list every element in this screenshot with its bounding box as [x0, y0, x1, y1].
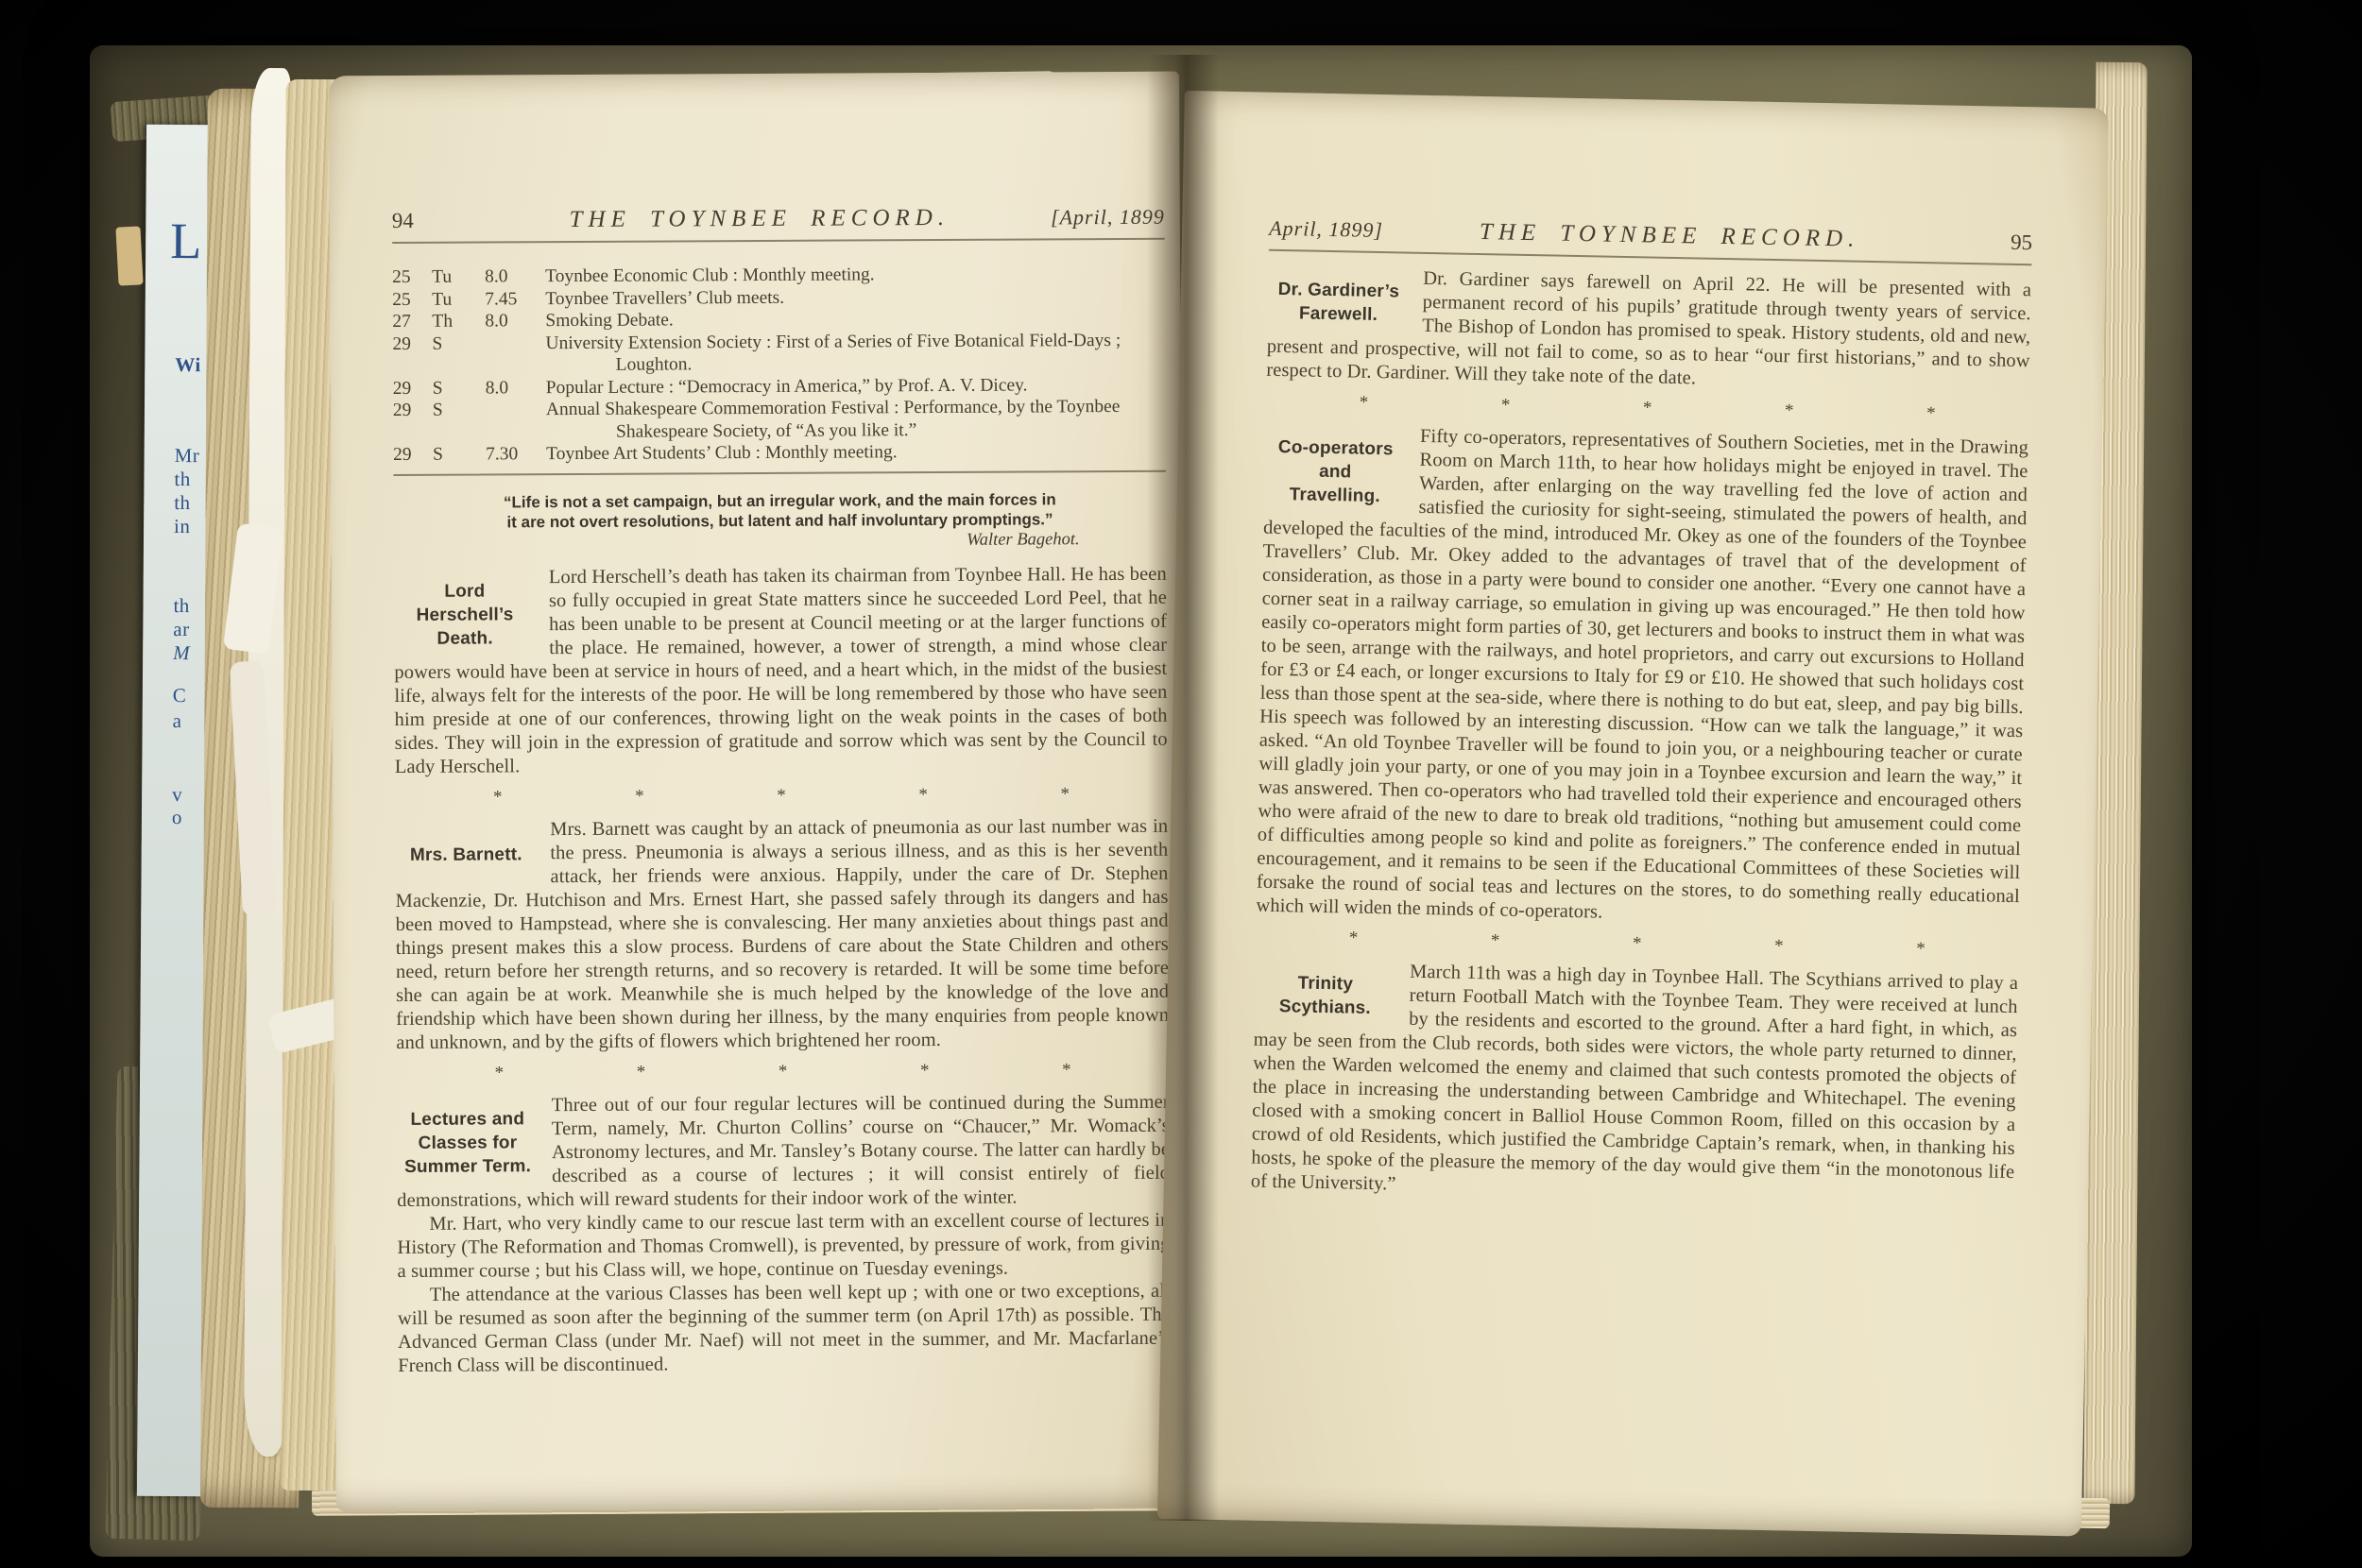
schedule-description: Popular Lecture : “Democracy in America,…	[546, 373, 1166, 399]
margin-heading-line: Dr. Gardiner’s	[1268, 278, 1410, 304]
left-page: 94 THE TOYNBEE RECORD. [April, 1899 25 T…	[329, 72, 1187, 1512]
right-page-articles: Dr. Gardiner’sFarewell.Dr. Gardiner says…	[1251, 264, 2032, 1208]
schedule-time: 8.0	[485, 310, 545, 332]
hidden-page-text-fragment: th	[173, 594, 190, 618]
schedule-weekday: Tu	[432, 288, 485, 311]
hidden-page-text-fragment: Wi	[175, 353, 201, 377]
margin-heading-line: Lectures and	[397, 1107, 539, 1132]
article: Co-operatorsandTravelling.Fifty co-opera…	[1256, 422, 2028, 932]
article: LordHerschell’sDeath.Lord Herschell’s de…	[394, 562, 1168, 778]
schedule-day: 29	[393, 444, 433, 467]
right-page-title: THE TOYNBEE RECORD.	[1429, 218, 1909, 254]
schedule-time	[486, 399, 546, 443]
asterisk: *	[635, 786, 644, 807]
asterisk: *	[1349, 929, 1359, 949]
right-page-header: April, 1899] THE TOYNBEE RECORD. 95	[1269, 215, 2032, 257]
schedule-day: 25	[392, 288, 432, 311]
hidden-page-text-fragment: o	[172, 806, 182, 829]
hidden-page-text-fragment: M	[173, 641, 190, 665]
schedule-row: 29 S University Extension Society : Firs…	[392, 329, 1165, 377]
asterisk-separator: *****	[1349, 929, 1926, 961]
hidden-page-text-fragment: th	[174, 468, 191, 491]
article-paragraph: Mr. Hart, who very kindly came to our re…	[397, 1208, 1170, 1283]
left-page-number: 94	[392, 208, 515, 233]
schedule-day: 29	[393, 377, 433, 400]
right-page-date: April, 1899]	[1269, 216, 1429, 244]
margin-heading-line: Scythians.	[1254, 995, 1395, 1021]
article: Mrs. Barnett.Mrs. Barnett was caught by …	[395, 814, 1169, 1054]
schedule-description: University Extension Society : First of …	[545, 329, 1165, 376]
asterisk: *	[494, 1063, 504, 1083]
margin-heading-line: Death.	[394, 626, 536, 651]
article-paragraph: The attendance at the various Classes ha…	[398, 1279, 1172, 1377]
margin-heading-line: and	[1264, 459, 1406, 486]
hidden-page-text-fragment: ar	[173, 618, 190, 641]
schedule-weekday: Tu	[432, 266, 485, 289]
margin-heading-line: Summer Term.	[397, 1154, 539, 1179]
hidden-page-text-fragment: a	[173, 709, 182, 733]
article-paragraph: Mrs. Barnett.Mrs. Barnett was caught by …	[395, 814, 1169, 1054]
schedule-description: Toynbee Economic Club : Monthly meeting.	[545, 263, 1165, 288]
asterisk: *	[1359, 393, 1368, 414]
margin-heading-line: Farewell.	[1267, 301, 1409, 328]
article-margin-heading: Lectures andClasses forSummer Term.	[397, 1097, 539, 1189]
schedule-day: 25	[392, 266, 432, 289]
right-page-number: 95	[1909, 229, 2032, 255]
schedule-day: 29	[393, 400, 433, 444]
hidden-page-text-fragment: in	[174, 515, 191, 538]
article-margin-heading: TrinityScythians.	[1254, 961, 1396, 1031]
margin-heading-line: Mrs. Barnett.	[395, 843, 537, 867]
asterisk: *	[1491, 930, 1500, 951]
article-paragraph: Lectures andClasses forSummer Term.Three…	[397, 1090, 1171, 1212]
article-margin-heading: Dr. Gardiner’sFarewell.	[1267, 267, 1410, 338]
left-page-articles: LordHerschell’sDeath.Lord Herschell’s de…	[394, 562, 1171, 1377]
left-page-header: 94 THE TOYNBEE RECORD. [April, 1899	[392, 204, 1165, 234]
asterisk: *	[1916, 939, 1926, 960]
schedule-day: 27	[392, 311, 432, 333]
margin-heading-line: Lord	[394, 579, 536, 604]
asterisk: *	[1633, 933, 1642, 954]
article: TrinityScythians.March 11th was a high d…	[1251, 958, 2019, 1208]
hidden-page-text-fragment: th	[174, 491, 191, 515]
asterisk-separator: *****	[493, 784, 1070, 808]
epigraph-quote: “Life is not a set campaign, but an irre…	[449, 489, 1110, 533]
article-paragraph: LordHerschell’sDeath.Lord Herschell’s de…	[394, 562, 1168, 778]
asterisk: *	[1062, 1060, 1071, 1081]
right-page: April, 1899] THE TOYNBEE RECORD. 95 Dr. …	[1157, 91, 2109, 1536]
events-schedule: 25 Tu 8.0 Toynbee Economic Club : Monthl…	[392, 263, 1166, 467]
schedule-time: 7.45	[485, 288, 545, 311]
schedule-weekday: S	[433, 400, 486, 444]
schedule-time: 7.30	[486, 443, 546, 466]
asterisk-separator: *****	[1359, 393, 1935, 425]
schedule-weekday: S	[433, 377, 486, 400]
asterisk: *	[1926, 403, 1936, 424]
schedule-weekday: S	[432, 332, 485, 377]
article-margin-heading: Mrs. Barnett.	[395, 821, 537, 890]
margin-heading-line: Classes for	[397, 1131, 539, 1155]
left-page-title: THE TOYNBEE RECORD.	[515, 205, 1004, 234]
schedule-rule	[393, 469, 1166, 475]
margin-heading-line: Herschell’s	[394, 603, 536, 627]
article-paragraph: Co-operatorsandTravelling.Fifty co-opera…	[1256, 422, 2028, 932]
asterisk: *	[777, 785, 786, 806]
asterisk: *	[779, 1061, 788, 1082]
article: Lectures andClasses forSummer Term.Three…	[397, 1090, 1172, 1377]
schedule-weekday: S	[433, 444, 486, 467]
schedule-time	[485, 332, 545, 377]
article-paragraph: Dr. Gardiner’sFarewell.Dr. Gardiner says…	[1266, 264, 2031, 397]
hidden-page-text-fragment: L	[170, 212, 202, 270]
schedule-description: Toynbee Art Students’ Club : Monthly mee…	[546, 440, 1166, 466]
quote-line: it are not overt resolutions, but latent…	[449, 509, 1110, 533]
schedule-row: 29 S 7.30 Toynbee Art Students’ Club : M…	[393, 440, 1166, 467]
schedule-description: Annual Shakespeare Commemoration Festiva…	[546, 396, 1166, 443]
asterisk: *	[493, 787, 503, 808]
asterisk: *	[1785, 401, 1794, 421]
asterisk: *	[1060, 784, 1070, 805]
asterisk: *	[1774, 936, 1784, 957]
asterisk: *	[918, 785, 928, 806]
asterisk: *	[1643, 398, 1652, 418]
article-margin-heading: LordHerschell’sDeath.	[394, 569, 537, 661]
schedule-description: Smoking Debate.	[545, 307, 1165, 332]
margin-heading-line: Travelling.	[1264, 483, 1406, 509]
hidden-page-text-fragment: Mr	[175, 444, 200, 468]
quote-attribution: Walter Bagehot.	[394, 529, 1167, 553]
margin-heading-line: Co-operators	[1265, 435, 1407, 462]
hidden-page-text-fragment: v	[172, 783, 182, 807]
schedule-weekday: Th	[432, 311, 485, 333]
torn-paper-chip	[115, 226, 143, 285]
article-margin-heading: Co-operatorsandTravelling.	[1263, 425, 1407, 520]
asterisk: *	[637, 1062, 646, 1082]
asterisk-separator: *****	[494, 1060, 1070, 1083]
schedule-row: 29 S Annual Shakespeare Commemoration Fe…	[393, 396, 1166, 444]
left-page-date: [April, 1899	[1004, 205, 1165, 230]
header-rule	[392, 238, 1165, 244]
schedule-description: Toynbee Travellers’ Club meets.	[545, 284, 1165, 310]
schedule-time: 8.0	[486, 377, 546, 400]
margin-heading-line: Trinity	[1255, 971, 1396, 997]
asterisk: *	[1501, 395, 1511, 416]
asterisk: *	[920, 1061, 930, 1082]
hidden-page-text-fragment: C	[173, 684, 187, 707]
article: Dr. Gardiner’sFarewell.Dr. Gardiner says…	[1266, 264, 2031, 397]
article-paragraph: TrinityScythians.March 11th was a high d…	[1251, 958, 2019, 1208]
quote-line: “Life is not a set campaign, but an irre…	[449, 489, 1110, 513]
schedule-time: 8.0	[485, 265, 545, 288]
schedule-day: 29	[392, 332, 432, 377]
